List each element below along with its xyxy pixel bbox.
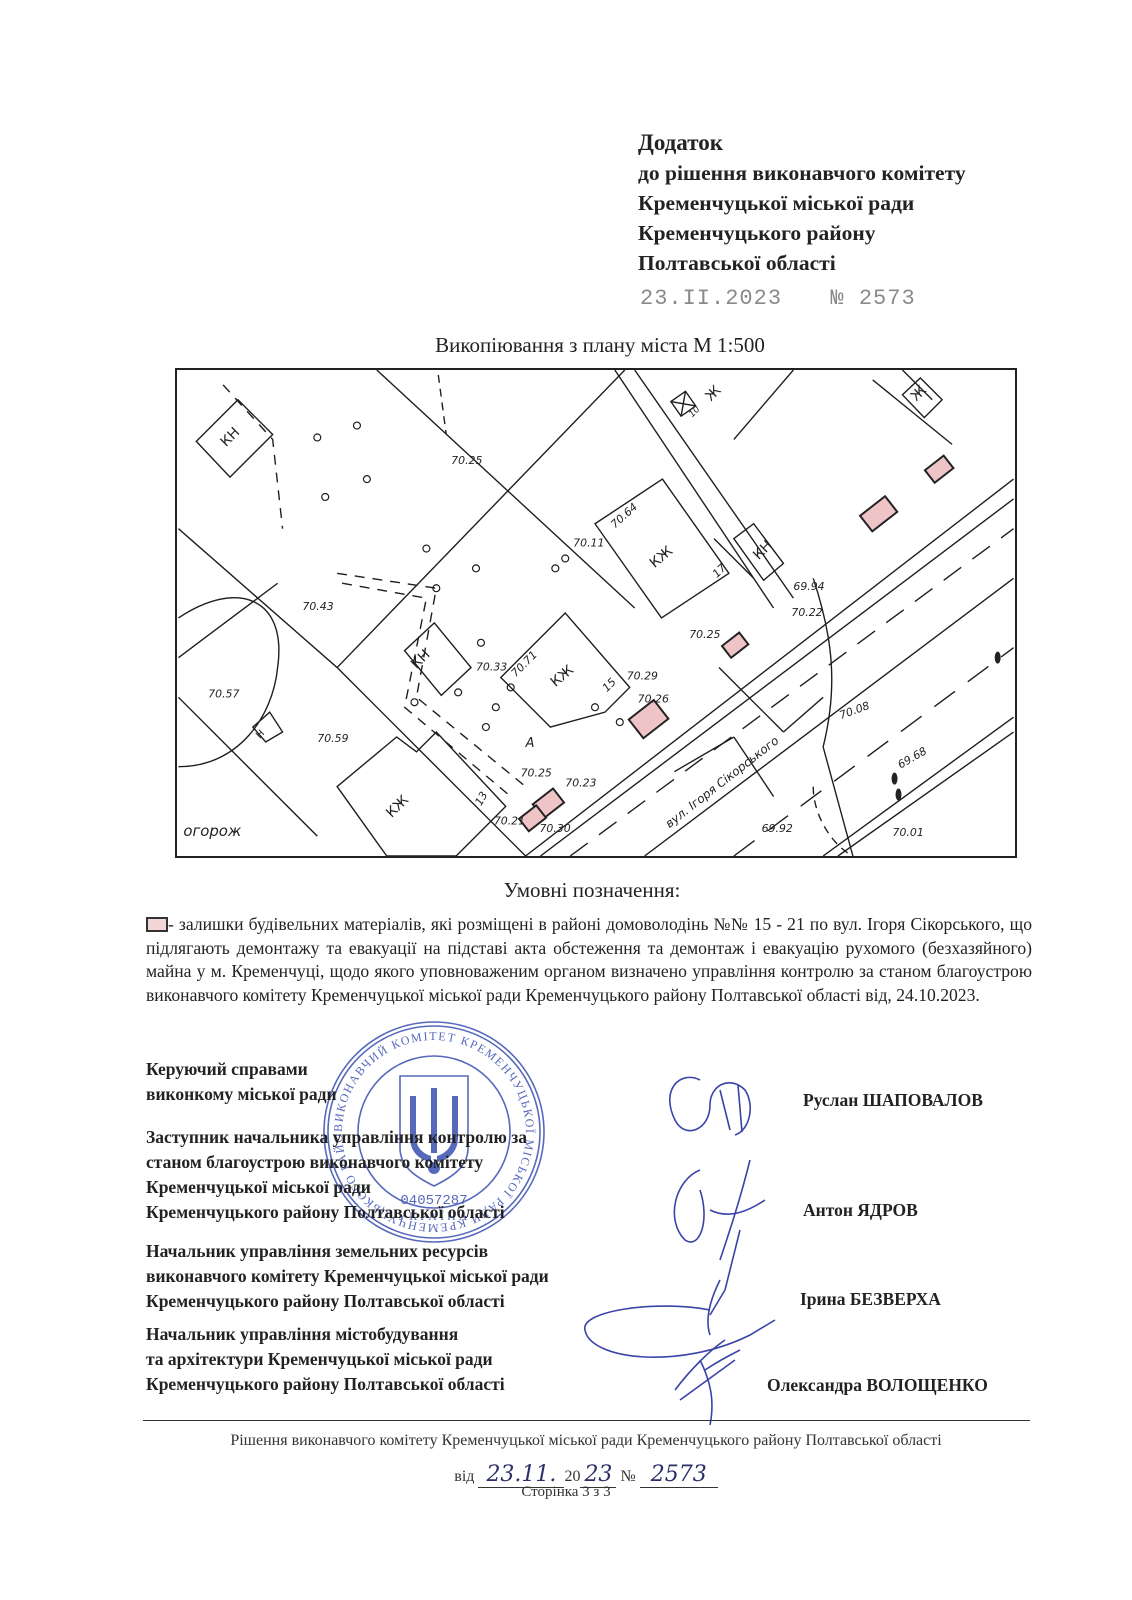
position-line: Кременчуцького району Полтавської област… — [146, 1289, 549, 1314]
registration-stamp: 23.II.2023 № 2573 — [640, 286, 916, 311]
signatory-1-name: Руслан ШАПОВАЛОВ — [803, 1090, 983, 1111]
bld-label: КЖ — [647, 543, 676, 571]
registration-number: № 2573 — [830, 286, 915, 311]
bld-label: КН — [218, 425, 244, 451]
position-line: Начальник управління земельних ресурсів — [146, 1239, 549, 1264]
header-line: до рішення виконавчого комітету — [638, 158, 966, 188]
house-number: 10 — [687, 404, 702, 419]
signatory-2-position: Заступник начальника управління контролю… — [146, 1125, 527, 1225]
elevation: 70.33 — [476, 661, 507, 674]
signatory-3-name: Ірина БЕЗВЕРХА — [800, 1289, 941, 1310]
house-number: 15 — [600, 675, 619, 694]
house-number: 17 — [710, 561, 729, 580]
number-prefix: № — [620, 1468, 635, 1485]
elevation: 70.26 — [638, 692, 669, 705]
elevation: 70.21 — [494, 814, 525, 827]
header-line: Додаток — [638, 128, 966, 158]
registration-date: 23.II.2023 — [640, 286, 782, 311]
elevation: 69.92 — [762, 822, 793, 835]
elevation: 70.57 — [208, 687, 239, 700]
elevation: 70.25 — [689, 628, 720, 641]
fence-label: огорож — [183, 822, 242, 840]
footer-divider — [143, 1420, 1030, 1421]
map-title: Викопіювання з плану міста М 1:500 — [0, 333, 1132, 358]
elevation: 70.08 — [838, 699, 872, 722]
header-line: Кременчуцької міської ради — [638, 188, 966, 218]
elevation: 70.30 — [539, 822, 570, 835]
elevation: 70.23 — [565, 777, 596, 790]
elevation: 70.25 — [451, 454, 482, 467]
position-line: виконкому міської ради — [146, 1082, 337, 1107]
position-line: Начальник управління містобудування — [146, 1322, 505, 1347]
elevation: 70.29 — [627, 669, 658, 682]
position-line: Кременчуцького району Полтавської област… — [146, 1372, 505, 1397]
appendix-header: Додаток до рішення виконавчого комітету … — [638, 128, 966, 278]
marker-a: А — [525, 736, 535, 751]
year-prefix: 20 — [564, 1468, 580, 1485]
position-line: Заступник начальника управління контролю… — [146, 1125, 527, 1150]
signatory-2-name: Антон ЯДРОВ — [803, 1200, 918, 1221]
signatures — [560, 1060, 800, 1440]
position-line: Керуючий справами — [146, 1057, 337, 1082]
signatory-3-position: Начальник управління земельних ресурсів … — [146, 1239, 549, 1314]
header-line: Кременчуцького району — [638, 218, 966, 248]
elevation: 70.43 — [302, 600, 333, 613]
footer-decision-title: Рішення виконавчого комітету Кременчуцьк… — [0, 1432, 1132, 1450]
plan-drawing: КН КЖ КЖ КН КЖ КН Ж Ж Н 17 15 13 10 70.2… — [177, 370, 1015, 856]
bld-label: КЖ — [548, 662, 577, 690]
legend-swatch-debris — [146, 917, 168, 932]
signature-yadrov — [674, 1160, 765, 1290]
signature-shapovalov — [670, 1077, 750, 1135]
bld-label: Н — [254, 728, 267, 741]
header-line: Полтавської області — [638, 248, 966, 278]
bld-label: Ж — [703, 383, 725, 405]
elevation: 70.71 — [509, 648, 540, 679]
legend-title: Умовні позначення: — [0, 878, 1132, 903]
elevation: 70.25 — [521, 767, 552, 780]
legend-description: - залишки будівельних матеріалів, які ро… — [146, 913, 1032, 1007]
bld-label: КЖ — [383, 792, 412, 821]
legend-text: - залишки будівельних матеріалів, які ро… — [146, 914, 1032, 1005]
bld-label: КН — [408, 647, 434, 673]
elevation: 70.59 — [317, 732, 348, 745]
elevation: 69.68 — [895, 744, 929, 771]
signature-voloshchenko — [675, 1340, 740, 1425]
signatory-1-position: Керуючий справами виконкому міської ради — [146, 1057, 337, 1107]
signatory-4-name: Олександра ВОЛОЩЕНКО — [767, 1375, 988, 1396]
signatory-4-position: Начальник управління містобудування та а… — [146, 1322, 505, 1397]
position-line: та архітектури Кременчуцької міської рад… — [146, 1347, 505, 1372]
position-line: Кременчуцької міської ради — [146, 1175, 527, 1200]
position-line: виконавчого комітету Кременчуцької міськ… — [146, 1264, 549, 1289]
elevation: 69.94 — [793, 580, 824, 593]
position-line: станом благоустрою виконавчого комітету — [146, 1150, 527, 1175]
date-prefix: від — [454, 1468, 474, 1485]
signature-bezverkha — [585, 1280, 775, 1357]
elevation: 70.22 — [791, 606, 822, 619]
city-plan-excerpt: КН КЖ КЖ КН КЖ КН Ж Ж Н 17 15 13 10 70.2… — [175, 368, 1017, 858]
position-line: Кременчуцького району Полтавської област… — [146, 1200, 527, 1225]
page-indicator: Сторінка 3 з 3 — [0, 1484, 1132, 1501]
elevation: 70.01 — [893, 826, 924, 839]
elevation: 70.11 — [573, 537, 604, 550]
